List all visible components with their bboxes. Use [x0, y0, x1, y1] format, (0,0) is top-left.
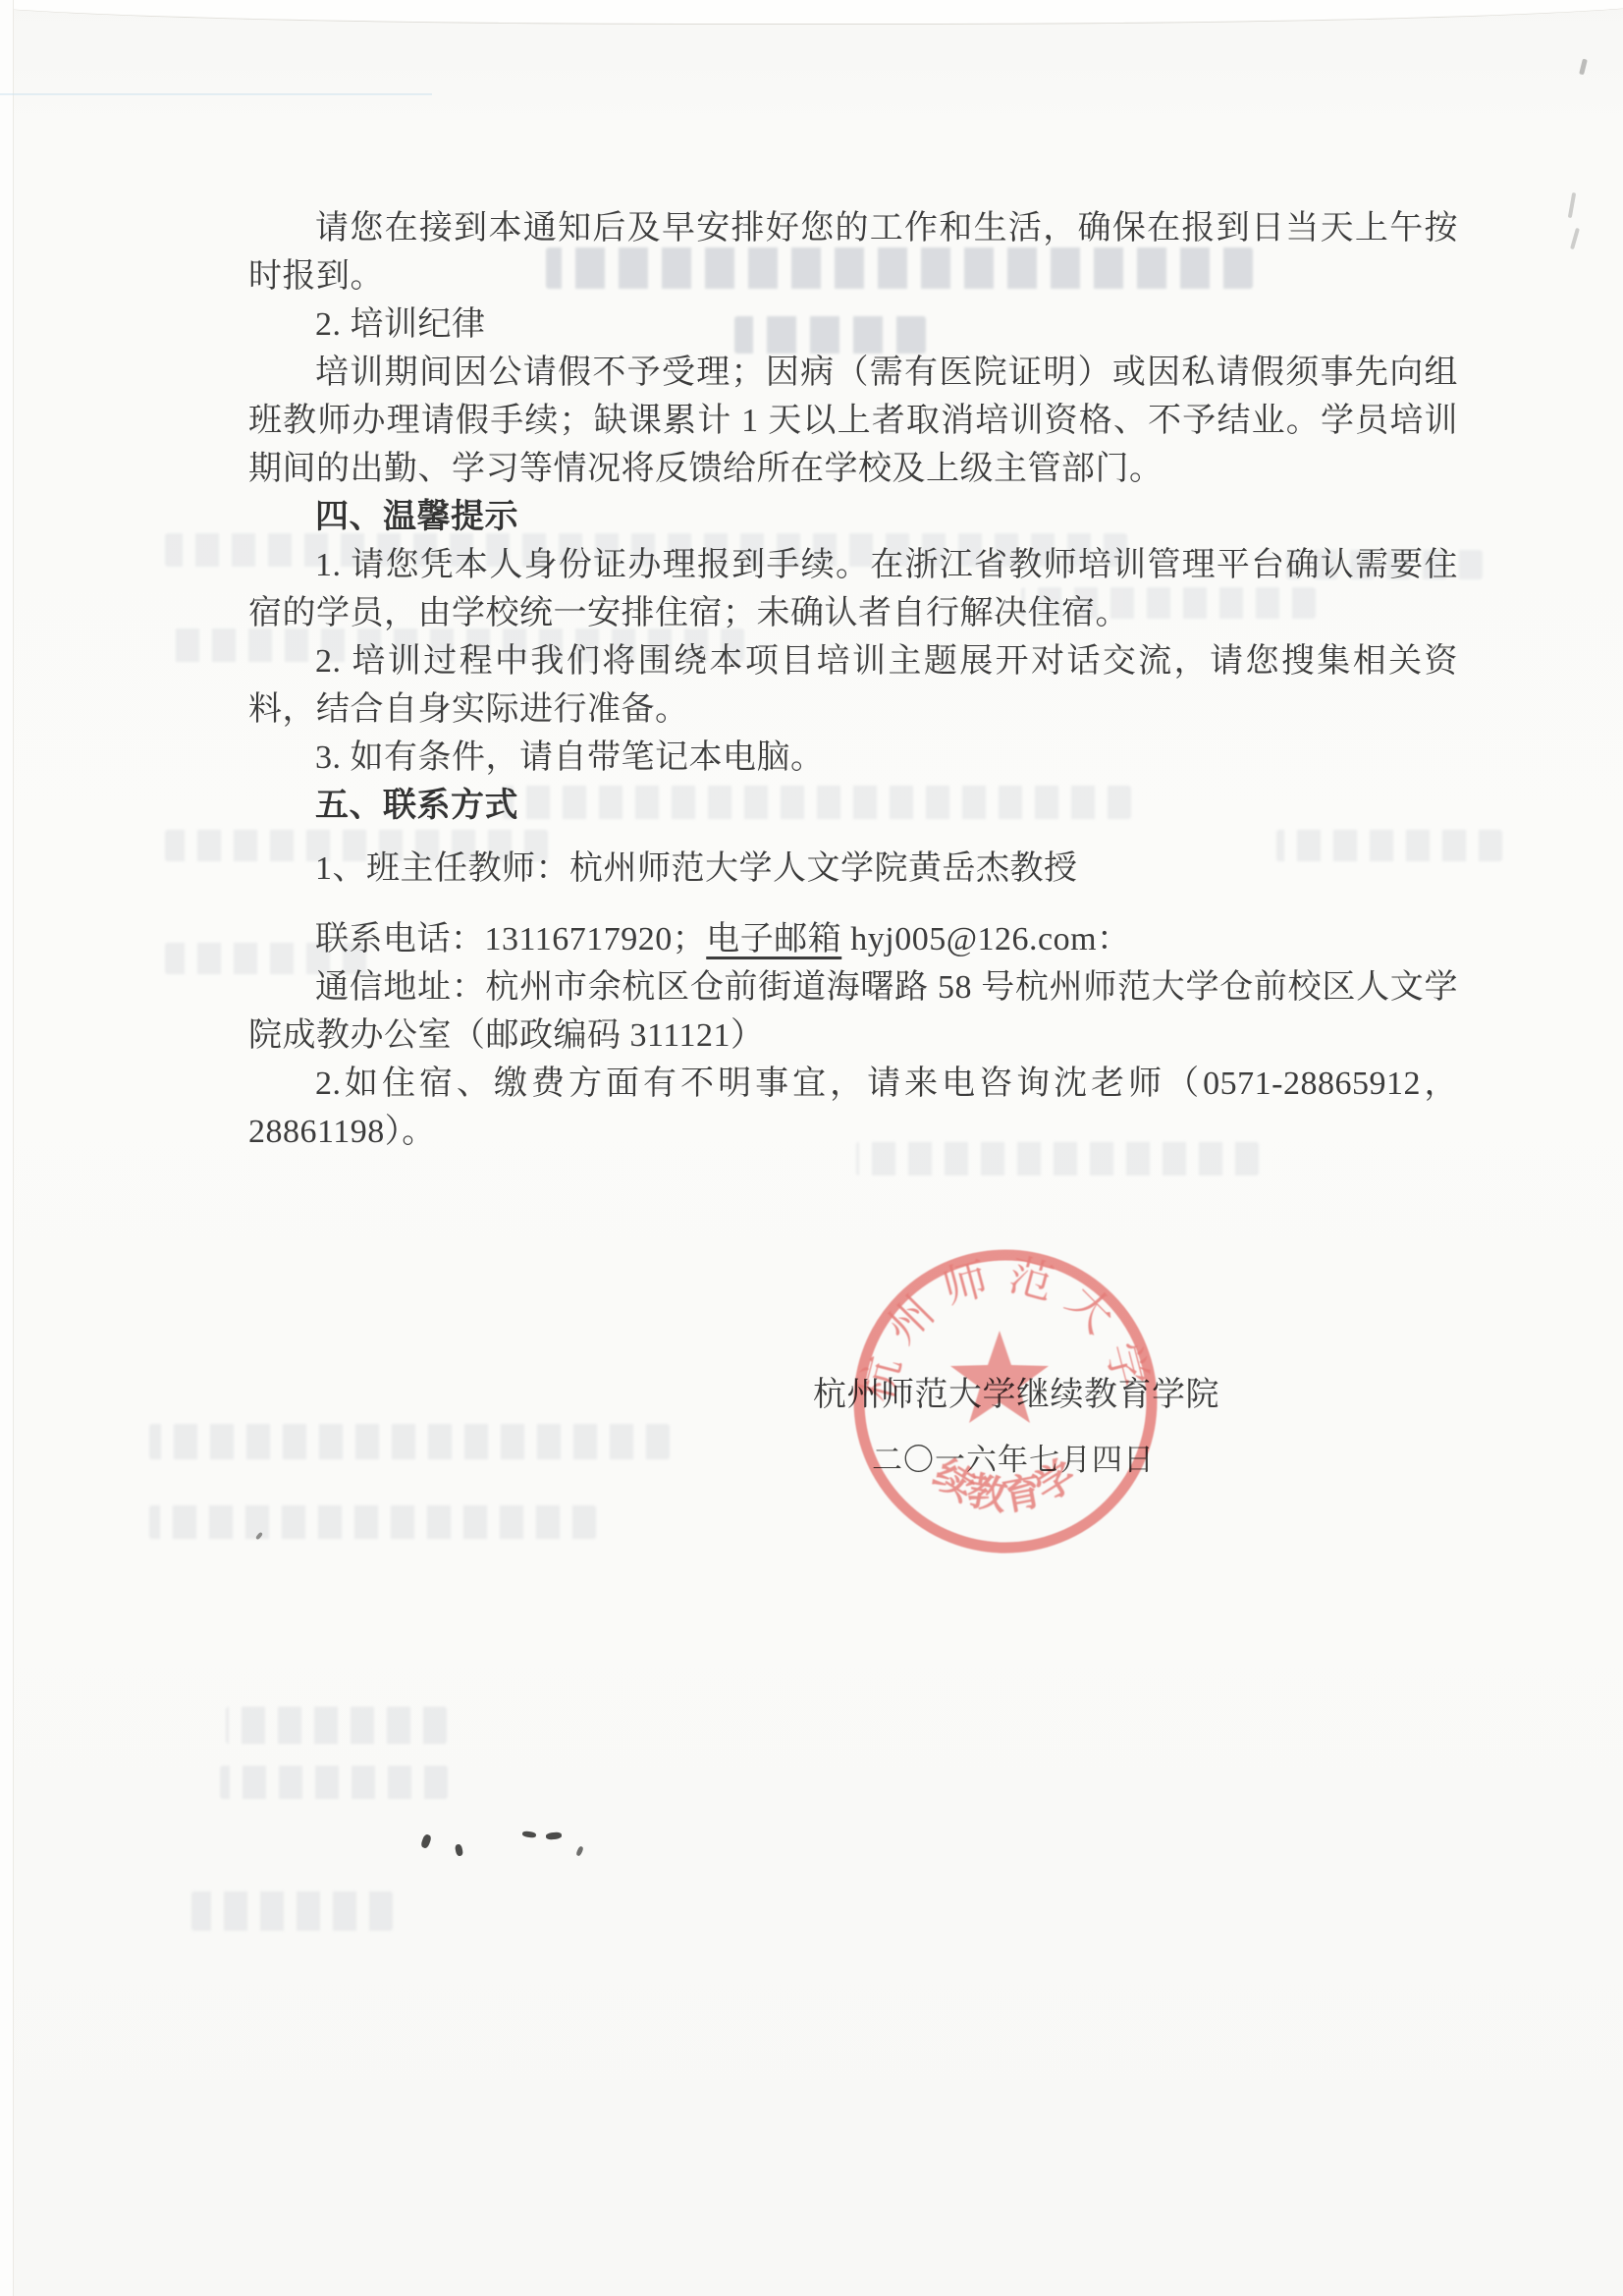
- paragraph-tip-1-checkin: 1. 请您凭本人身份证办理报到手续。在浙江省教师培训管理平台确认需要住宿的学员，…: [248, 541, 1458, 637]
- paragraph-discipline-rules: 培训期间因公请假不予受理；因病（需有医院证明）或因私请假须事先向组班教师办理请假…: [248, 349, 1458, 493]
- paragraph-head-teacher: 1、班主任教师：杭州师范大学人文学院黄岳杰教授: [248, 845, 1458, 893]
- ink-speck: [522, 1831, 537, 1838]
- official-seal-stamp: 杭州师范大学 继续教育学院: [842, 1242, 1168, 1568]
- scan-blue-line: [0, 93, 432, 95]
- scan-mark: [1570, 228, 1580, 249]
- bleed-through-artifact: [149, 1505, 596, 1539]
- heading-training-discipline: 2. 培训纪律: [248, 301, 1458, 349]
- paragraph-accommodation-inquiry: 2.如住宿、缴费方面有不明事宜，请来电咨询沈老师（0571-28865912，2…: [248, 1060, 1458, 1156]
- paragraph-phone-email: 联系电话：13116717920；电子邮箱 hyj005@126.com：: [248, 915, 1458, 963]
- document-body: 请您在接到本通知后及早安排好您的工作和生活，确保在报到日当天上午按时报到。 2.…: [248, 204, 1458, 1156]
- contact-email-label: 电子邮箱: [706, 921, 841, 957]
- scan-edge-top: [0, 0, 1623, 25]
- ink-speck: [546, 1831, 563, 1840]
- ink-speck: [420, 1833, 432, 1849]
- ink-speck: [455, 1843, 463, 1856]
- paragraph-tip-3-laptop: 3. 如有条件，请自带笔记本电脑。: [248, 734, 1458, 782]
- bleed-through-artifact: [226, 1707, 447, 1744]
- scanned-document-page: 请您在接到本通知后及早安排好您的工作和生活，确保在报到日当天上午按时报到。 2.…: [0, 0, 1623, 2296]
- paragraph-mailing-address: 通信地址：杭州市余杭区仓前街道海曙路 58 号杭州师范大学仓前校区人文学院成教办…: [248, 963, 1458, 1060]
- bleed-through-artifact: [149, 1424, 670, 1459]
- contact-email-address: hyj005@126.com：: [841, 921, 1130, 957]
- bleed-through-artifact: [220, 1766, 448, 1799]
- paragraph-tip-2-materials: 2. 培训过程中我们将围绕本项目培训主题展开对话交流，请您搜集相关资料，结合自身…: [248, 637, 1458, 734]
- scan-mark: [1568, 192, 1576, 218]
- section-heading-five-contact: 五、联系方式: [248, 782, 1458, 830]
- bleed-through-artifact: [191, 1891, 393, 1931]
- section-heading-four-tips: 四、温馨提示: [248, 493, 1458, 541]
- scan-edge-left: [0, 0, 14, 2296]
- scan-mark: [1579, 59, 1588, 76]
- paragraph-arrival-notice: 请您在接到本通知后及早安排好您的工作和生活，确保在报到日当天上午按时报到。: [248, 204, 1458, 301]
- ink-speck: [575, 1845, 584, 1856]
- contact-phone-text: 联系电话：13116717920；: [315, 921, 706, 957]
- star-icon: [950, 1331, 1049, 1423]
